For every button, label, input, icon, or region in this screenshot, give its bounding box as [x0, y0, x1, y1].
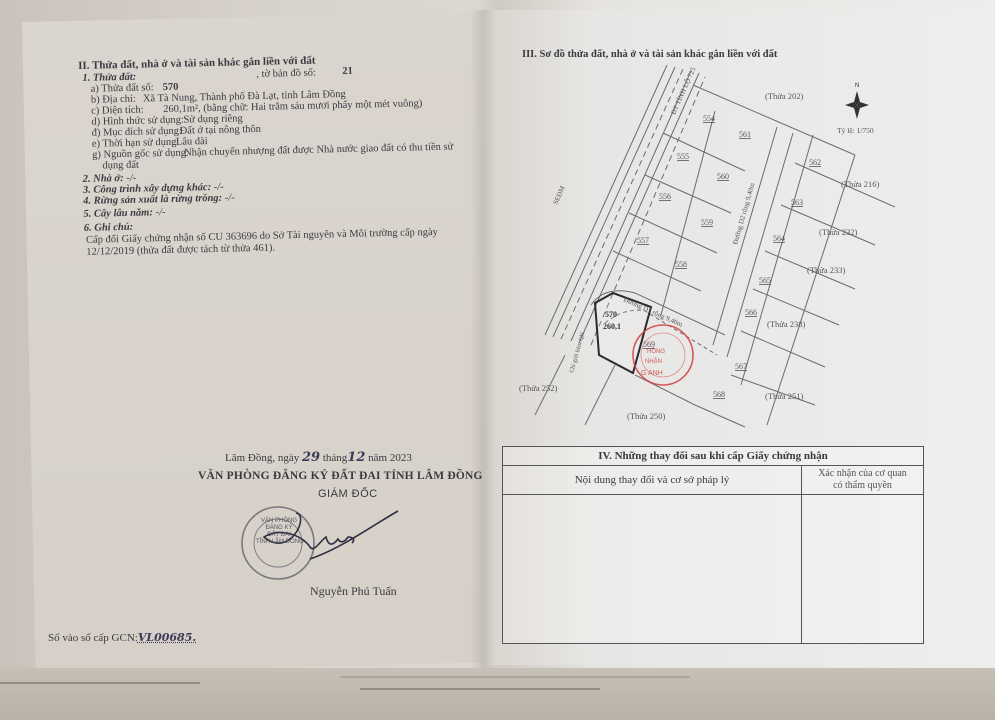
parcel-map: 554 555 556 557 558 559 560 561 562 563 …: [495, 55, 935, 435]
col-confirmation-line1: Xác nhận của cơ quan: [802, 468, 923, 480]
parcel-554: 554: [703, 114, 715, 123]
parcel-559: 559: [701, 218, 713, 227]
signer-name: Nguyễn Phú Tuấn: [310, 584, 397, 599]
month-label: tháng: [323, 452, 347, 464]
origin-value-1: Nhận chuyển nhượng đất được Nhà nước gia…: [184, 142, 453, 160]
parcel-567: 567: [735, 362, 747, 371]
col-confirmation-line2: có thẩm quyền: [802, 480, 923, 492]
confirmation-cell: [802, 495, 923, 643]
parcel-564: 564: [773, 234, 785, 243]
page-bottom-edge: [0, 668, 995, 720]
col-changes-header: Nội dung thay đổi và cơ sở pháp lý: [503, 466, 802, 494]
neighbor-202: (Thửa 202): [765, 91, 804, 101]
subject-parcel-number: 570: [605, 310, 617, 319]
year-label: năm 2023: [368, 452, 412, 464]
alley-label: Chỉ giới hẻm QH: [569, 331, 586, 373]
parcel-562: 562: [809, 158, 821, 167]
origin-value-2: dụng đất: [102, 160, 139, 173]
parcel-561: 561: [739, 130, 751, 139]
parcel-557: 557: [637, 236, 649, 245]
parcel-560: 560: [717, 172, 729, 181]
col-confirmation-header: Xác nhận của cơ quan có thẩm quyền: [802, 466, 923, 494]
seal-line: ĐẤT ĐAI: [256, 532, 302, 539]
road-d2-label: Đường D2 rộng 9,40m: [731, 181, 756, 245]
svg-text:HÒNG: HÒNG: [647, 348, 665, 355]
neighbor-251: (Thửa 251): [765, 391, 804, 401]
changes-content-cell: [503, 495, 802, 643]
map-sheet-value: 21: [342, 66, 353, 78]
item4: 4. Rừng sản xuất là rừng trồng:: [83, 193, 222, 207]
parcel-555: 555: [677, 152, 689, 161]
parcel-556: 556: [659, 192, 671, 201]
parcel-568: 568: [713, 390, 725, 399]
seal-line: ĐĂNG KÝ: [256, 525, 302, 532]
neighbor-233: (Thửa 233): [807, 265, 846, 275]
parcel-565: 565: [759, 276, 771, 285]
place-date-prefix: Lâm Đồng, ngày: [225, 452, 299, 464]
map-scale: Tỷ lệ: 1/750: [837, 126, 874, 135]
seal-line: VĂN PHÒNG: [256, 518, 302, 525]
parcel-563: 563: [791, 198, 803, 207]
subject-parcel-area: 260,1: [603, 322, 621, 331]
dash-mark: -/-: [214, 182, 224, 193]
register-value: VL00685.: [138, 631, 196, 644]
parcel-569: 569: [643, 340, 655, 349]
dash-mark: -/-: [155, 207, 165, 218]
seal-line: TỈNH LÂM ĐỒNG: [256, 539, 302, 546]
parcel-558: 558: [675, 260, 687, 269]
register-number: Số vào sổ cấp GCN:VL00685.: [48, 632, 196, 644]
svg-text:N: N: [855, 83, 859, 89]
month-value: 12: [347, 450, 365, 465]
neighbor-252: (Thửa 252): [519, 383, 558, 393]
map-sheet-label: , tờ bản đồ số:: [256, 68, 316, 81]
svg-text:G ANH: G ANH: [641, 370, 663, 377]
neighbor-238: (Thửa 238): [767, 319, 806, 329]
section-iv-title: IV. Những thay đổi sau khi cấp Giấy chứn…: [503, 447, 923, 466]
neighbor-232: (Thửa 232): [819, 227, 858, 237]
neighbor-250: (Thửa 250): [627, 411, 666, 421]
day-value: 29: [302, 450, 320, 465]
red-stamp-icon: HÒNG NHẬN G ANH: [633, 325, 693, 385]
parcel-566: 566: [745, 308, 757, 317]
changes-table: IV. Những thay đổi sau khi cấp Giấy chứn…: [502, 446, 924, 644]
item5: 5. Cây lâu năm:: [83, 207, 153, 220]
dash-mark: -/-: [225, 192, 235, 203]
dash-mark: -/-: [126, 173, 136, 184]
register-label: Số vào sổ cấp GCN:: [48, 632, 138, 644]
north-arrow-icon: N: [845, 83, 869, 119]
neighbor-216: (Thửa 216): [841, 179, 880, 189]
road-side-label: SEĐM: [552, 184, 568, 206]
svg-text:NHẬN: NHẬN: [645, 358, 662, 365]
office-name: VĂN PHÒNG ĐĂNG KÝ ĐẤT ĐAI TỈNH LÂM ĐỒNG: [198, 470, 483, 482]
